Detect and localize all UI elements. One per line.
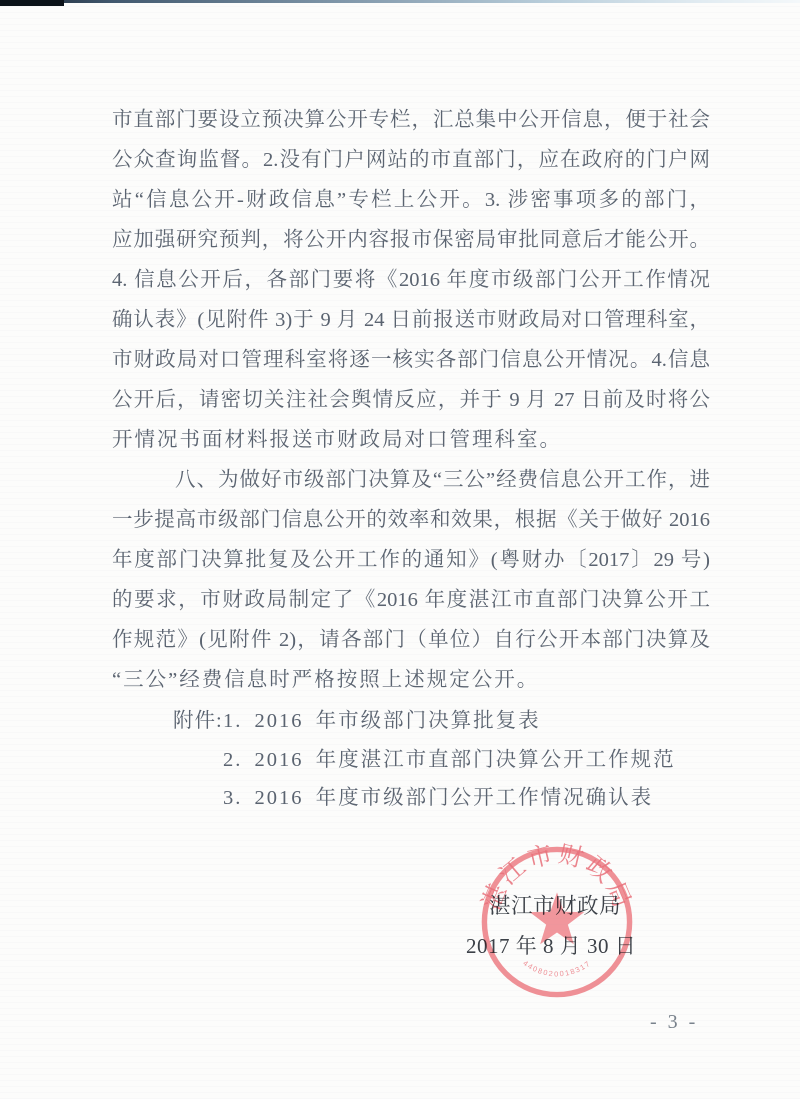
body-line: 的要求，市财政局制定了《2016 年度湛江市直部门决算公开工 (112, 580, 710, 620)
seal-star-icon (530, 892, 585, 944)
attachment-item: 2. 2016 年度湛江市直部门决算公开工作规范 (223, 741, 676, 780)
attachment-item-text: 2. 2016 年度湛江市直部门决算公开工作规范 (223, 749, 676, 771)
body-line-paragraph-start: 八、为做好市级部门决算及“三公”经费信息公开工作，进 (112, 460, 710, 500)
body-line: 开情况书面材料报送市财政局对口管理科室。 (112, 420, 710, 460)
body-line: 确认表》(见附件 3)于 9 月 24 日前报送市财政局对口管理科室， (112, 300, 710, 340)
seal-serial-number: 4408020018317 (521, 958, 592, 978)
body-text: 市直部门要设立预决算公开专栏，汇总集中公开信息，便于社会 公众查询监督。2.没有… (112, 100, 710, 700)
scan-artifact-top-line (0, 0, 800, 3)
official-seal: 湛江市财政局 4408020018317 (478, 843, 636, 1001)
svg-text:4408020018317: 4408020018317 (521, 958, 592, 978)
attachment-item-text: 3. 2016 年度市级部门公开工作情况确认表 (223, 787, 653, 809)
body-line: 应加强研究预判，将公开内容报市保密局审批同意后才能公开。 (112, 220, 710, 260)
scan-artifact-corner (0, 0, 64, 6)
attachment-item-text: 1. 2016 年市级部门决算批复表 (223, 710, 541, 732)
body-line: 公开后，请密切关注社会舆情反应，并于 9 月 27 日前及时将公 (112, 380, 710, 420)
body-line: 年度部门决算批复及公开工作的通知》(粤财办〔2017〕29 号) (112, 540, 710, 580)
attachments-label: 附件: (173, 702, 223, 741)
body-line: 市财政局对口管理科室将逐一核实各部门信息公开情况。4.信息 (112, 340, 710, 380)
body-line: “三公”经费信息时严格按照上述规定公开。 (112, 660, 710, 700)
body-line: 市直部门要设立预决算公开专栏，汇总集中公开信息，便于社会 (112, 100, 710, 140)
attachment-item: 3. 2016 年度市级部门公开工作情况确认表 (223, 779, 676, 818)
attachments-list: 附件:1. 2016 年市级部门决算批复表 2. 2016 年度湛江市直部门决算… (173, 702, 676, 818)
body-line: 站“信息公开-财政信息”专栏上公开。3. 涉密事项多的部门， (112, 180, 710, 220)
body-line: 一步提高市级部门信息公开的效率和效果，根据《关于做好 2016 (112, 500, 710, 540)
body-line: 4. 信息公开后，各部门要将《2016 年度市级部门公开工作情况 (112, 260, 710, 300)
body-line: 公众查询监督。2.没有门户网站的市直部门，应在政府的门户网 (112, 140, 710, 180)
scanned-document-page: { "document": { "body_lines": [ "市直部门要设立… (0, 0, 800, 1099)
page-number: - 3 - (650, 1011, 698, 1034)
attachment-item: 附件:1. 2016 年市级部门决算批复表 (173, 702, 676, 741)
body-line: 作规范》(见附件 2)，请各部门（单位）自行公开本部门决算及 (112, 620, 710, 660)
